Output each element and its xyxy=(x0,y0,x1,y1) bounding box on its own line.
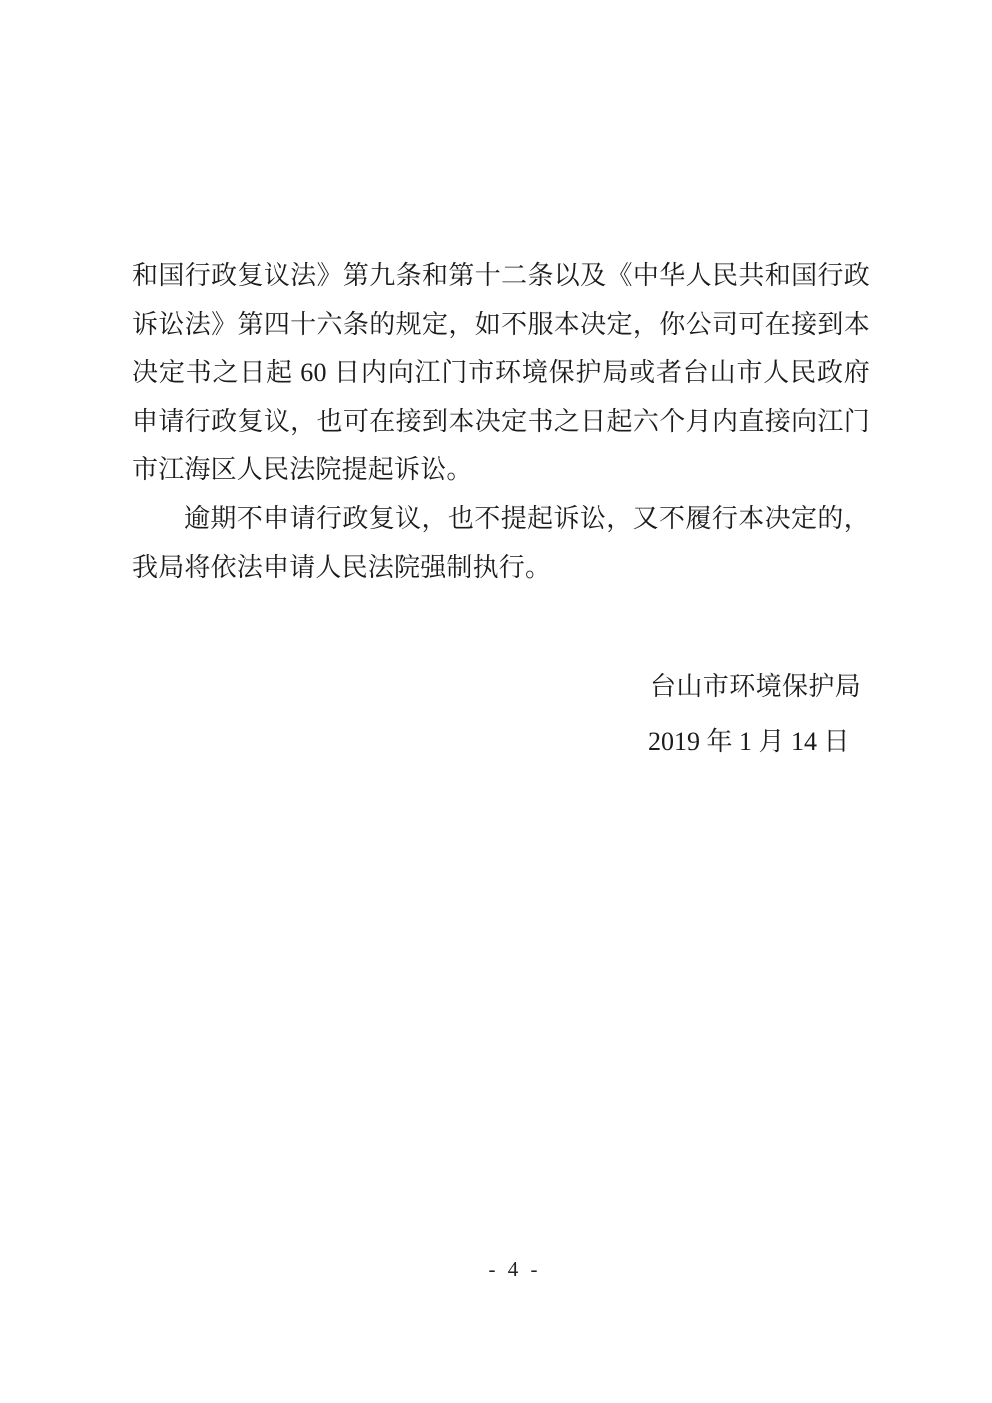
body-line: 我局将依法申请人民法院强制执行。 xyxy=(132,544,870,593)
document-page: 和国行政复议法》第九条和第十二条以及《中华人民共和国行政 诉讼法》第四十六条的规… xyxy=(0,0,992,1403)
body-line: 决定书之日起 60 日内向江门市环境保护局或者台山市人民政府 xyxy=(132,349,870,398)
signature-authority: 台山市环境保护局 xyxy=(650,672,861,702)
page-number: - 4 - xyxy=(489,1256,538,1282)
body-line: 和国行政复议法》第九条和第十二条以及《中华人民共和国行政 xyxy=(132,252,870,301)
body-line: 诉讼法》第四十六条的规定，如不服本决定，你公司可在接到本 xyxy=(132,301,870,350)
body-text-block: 和国行政复议法》第九条和第十二条以及《中华人民共和国行政 诉讼法》第四十六条的规… xyxy=(132,252,870,592)
signature-date: 2019 年 1 月 14 日 xyxy=(648,727,850,757)
body-line: 申请行政复议，也可在接到本决定书之日起六个月内直接向江门 xyxy=(132,398,870,447)
body-line: 市江海区人民法院提起诉讼。 xyxy=(132,446,870,495)
body-line: 逾期不申请行政复议，也不提起诉讼，又不履行本决定的， xyxy=(132,495,870,544)
